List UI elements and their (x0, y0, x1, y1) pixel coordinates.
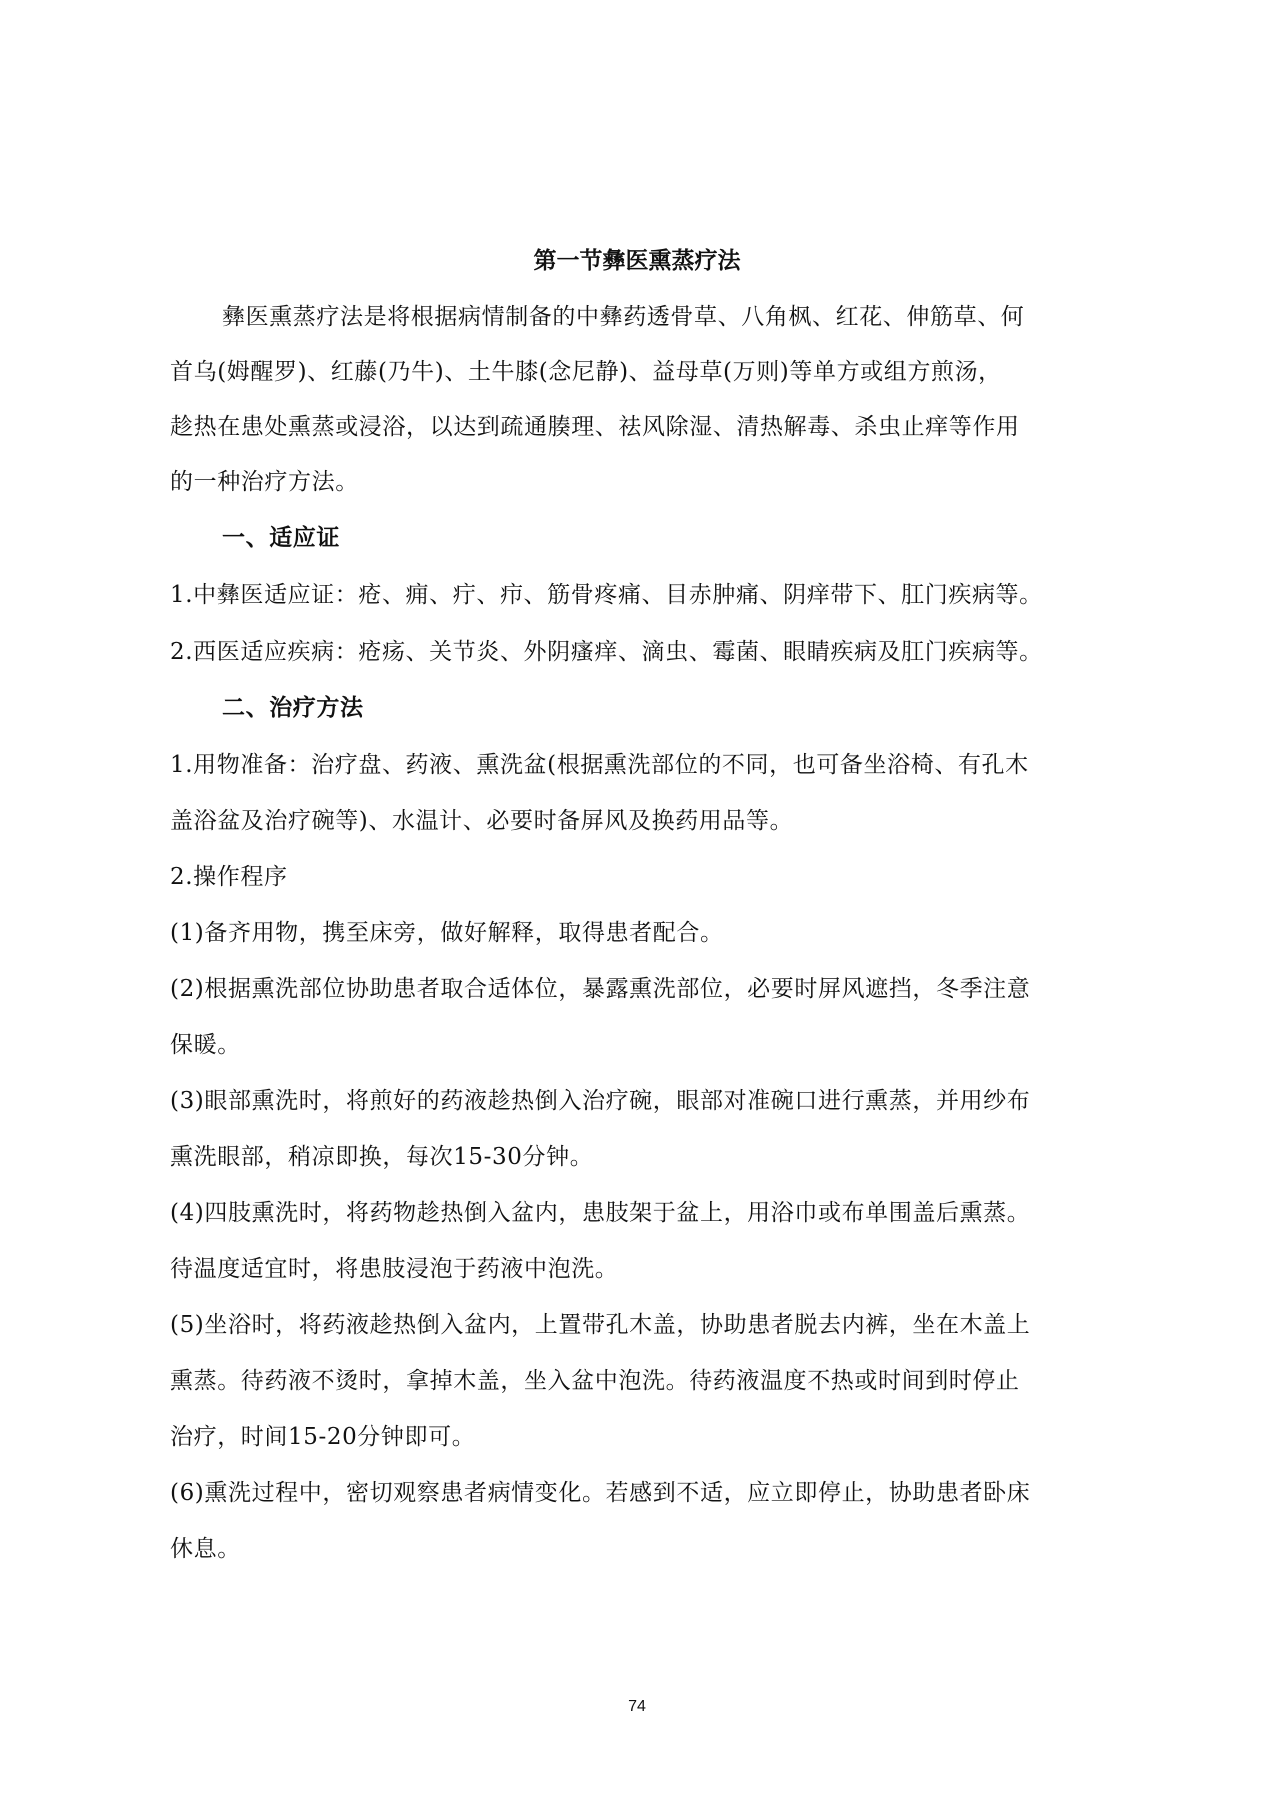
method-line: (1)备齐用物，携至床旁，做好解释，取得患者配合。 (170, 918, 1150, 948)
method-line: 1.用物准备：治疗盘、药液、熏洗盆(根据熏洗部位的不同，也可备坐浴椅、有孔木 (170, 750, 1150, 780)
method-line: (5)坐浴时，将药液趁热倒入盆内，上置带孔木盖，协助患者脱去内裤，坐在木盖上 (170, 1310, 1150, 1340)
method-line: 盖浴盆及治疗碗等)、水温计、必要时备屏风及换药用品等。 (170, 806, 1150, 836)
method-line: 休息。 (170, 1534, 1150, 1564)
method-line: (3)眼部熏洗时，将煎好的药液趁热倒入治疗碗，眼部对准碗口进行熏蒸，并用纱布 (170, 1086, 1150, 1116)
method-line: 待温度适宜时，将患肢浸泡于药液中泡洗。 (170, 1254, 1150, 1284)
document-page: 第一节彝医熏蒸疗法 彝医熏蒸疗法是将根据病情制备的中彝药透骨草、八角枫、红花、伸… (0, 0, 1274, 1801)
intro-line: 首乌(姆醒罗)、红藤(乃牛)、土牛膝(念尼静)、益母草(万则)等单方或组方煎汤， (170, 357, 1150, 387)
section-title: 第一节彝医熏蒸疗法 (0, 242, 1274, 275)
page-number: 74 (0, 1698, 1274, 1716)
method-line: (4)四肢熏洗时，将药物趁热倒入盆内，患肢架于盆上，用浴巾或布单围盖后熏蒸。 (170, 1198, 1150, 1228)
method-line: (2)根据熏洗部位协助患者取合适体位，暴露熏洗部位，必要时屏风遮挡，冬季注意 (170, 974, 1150, 1004)
method-line: (6)熏洗过程中，密切观察患者病情变化。若感到不适，应立即停止，协助患者卧床 (170, 1478, 1150, 1508)
method-line: 熏洗眼部，稍凉即换，每次15-30分钟。 (170, 1142, 1150, 1172)
heading-treatment-method: 二、治疗方法 (222, 693, 1202, 723)
heading-indications: 一、适应证 (222, 523, 1202, 553)
method-line: 保暖。 (170, 1030, 1150, 1060)
method-line: 治疗，时间15-20分钟即可。 (170, 1422, 1150, 1452)
indication-item: 2.西医适应疾病：疮疡、关节炎、外阴瘙痒、滴虫、霉菌、眼睛疾病及肛门疾病等。 (170, 637, 1150, 667)
method-line: 熏蒸。待药液不烫时，拿掉木盖，坐入盆中泡洗。待药液温度不热或时间到时停止 (170, 1366, 1150, 1396)
method-line: 2.操作程序 (170, 862, 1150, 892)
intro-line: 的一种治疗方法。 (170, 467, 1150, 497)
intro-line: 彝医熏蒸疗法是将根据病情制备的中彝药透骨草、八角枫、红花、伸筋草、何 (222, 302, 1202, 332)
intro-line: 趁热在患处熏蒸或浸浴，以达到疏通腠理、祛风除湿、清热解毒、杀虫止痒等作用 (170, 412, 1150, 442)
indication-item: 1.中彝医适应证：疮、痈、疔、疖、筋骨疼痛、目赤肿痛、阴痒带下、肛门疾病等。 (170, 580, 1150, 610)
